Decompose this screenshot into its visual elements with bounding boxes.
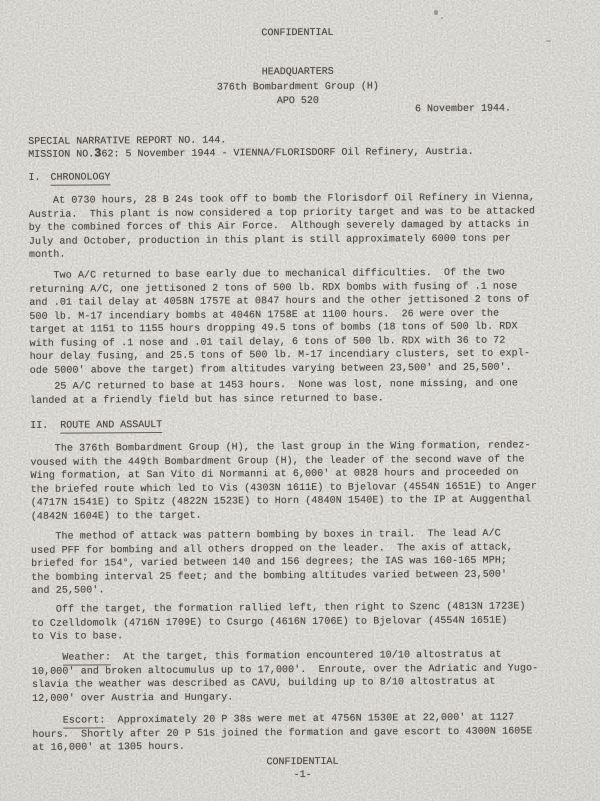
section-heading-route-and-assault: II.ROUTE AND ASSAULT	[30, 419, 162, 433]
body-paragraph-chronology-3: 25 A/C returned to base at 1453 hours. N…	[30, 377, 518, 407]
escort-label: Escort:	[63, 715, 106, 728]
section-heading-chronology: I.CHRONOLOGY	[28, 171, 110, 185]
section-title: CHRONOLOGY	[50, 172, 110, 185]
body-paragraph-route-2: The method of attack was pattern bombing…	[31, 528, 513, 599]
body-paragraph-route-1: The 376th Bombardment Group (H), the las…	[30, 439, 537, 524]
mission-rest: 62: 5 November 1944 - VIENNA/FLORISDORF …	[101, 146, 473, 160]
body-paragraph-escort: Escort: Approximately 20 P 38s were met …	[32, 711, 533, 755]
typed-content: CONFIDENTIAL HEADQUARTERS 376th Bombardm…	[0, 0, 600, 801]
classification-banner-top: CONFIDENTIAL	[0, 25, 597, 43]
body-paragraph-chronology-2: Two A/C returned to base early due to me…	[29, 266, 530, 377]
weather-indent	[32, 653, 63, 664]
document-date: 6 November 1944.	[415, 103, 511, 117]
escort-text: Approximately 20 P 38s were met at 4756N…	[32, 713, 532, 754]
page-number: -1-	[3, 767, 600, 785]
body-paragraph-chronology-1: At 0730 hours, 28 B 24s took off to bomb…	[29, 191, 536, 262]
weather-label: Weather:	[62, 652, 111, 665]
body-paragraph-route-3: Off the target, the formation rallied le…	[31, 600, 525, 644]
section-number: II.	[30, 421, 48, 432]
body-paragraph-weather: Weather: At the target, this formation e…	[32, 648, 539, 706]
mission-line: MISSION NO.362: 5 November 1944 - VIENNA…	[28, 145, 473, 161]
section-number: I.	[28, 173, 40, 184]
mission-prefix: MISSION NO.	[28, 149, 94, 160]
title-block: SPECIAL NARRATIVE REPORT NO. 144. MISSIO…	[28, 134, 473, 161]
scanned-report-page: CONFIDENTIAL HEADQUARTERS 376th Bombardm…	[0, 0, 600, 801]
section-title: ROUTE AND ASSAULT	[60, 420, 162, 433]
escort-indent	[32, 716, 63, 727]
